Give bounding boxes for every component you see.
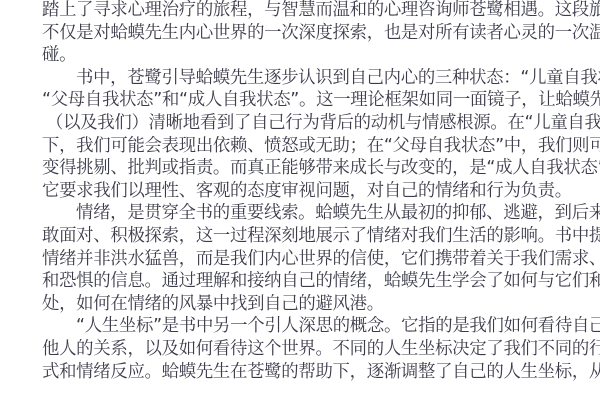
text-line: 他人的关系，以及如何看待这个世界。不同的人生坐标决定了我们不同的行为模	[42, 338, 564, 361]
text-line: 变得挑剔、批判或指责。而真正能够带来成长与改变的，是“成人自我状态”，	[42, 157, 564, 180]
text-line: （以及我们）清晰地看到了自己行为背后的动机与情感根源。在“儿童自我状态”	[42, 112, 564, 135]
paragraph-1: 踏上了寻求心理治疗的旅程，与智慧而温和的心理咨询师苍鹭相遇。这段旅程， 不仅是对…	[42, 0, 564, 67]
text-line: 处，如何在情绪的风暴中找到自己的避风港。	[42, 293, 564, 316]
text-line: 情绪并非洪水猛兽，而是我们内心世界的信使，它们携带着关于我们需求、愿望	[42, 248, 564, 271]
text-line: “人生坐标”是书中另一个引人深思的概念。它指的是我们如何看待自己与	[42, 315, 564, 338]
text-line: 下，我们可能会表现出依赖、愤怒或无助；在“父母自我状态”中，我们则可能	[42, 135, 564, 158]
paragraph-2: 书中，苍鹭引导蛤蟆先生逐步认识到自己内心的三种状态：“儿童自我状态”、 “父母自…	[42, 67, 564, 203]
document-page: 踏上了寻求心理治疗的旅程，与智慧而温和的心理咨询师苍鹭相遇。这段旅程， 不仅是对…	[42, 0, 564, 383]
text-line: “父母自我状态”和“成人自我状态”。这一理论框架如同一面镜子，让蛤蟆先生	[42, 89, 564, 112]
text-line: 式和情绪反应。蛤蟆先生在苍鹭的帮助下，逐渐调整了自己的人生坐标，从消极、	[42, 361, 564, 384]
text-line: 情绪，是贯穿全书的重要线索。蛤蟆先生从最初的抑郁、逃避，到后来的勇	[42, 202, 564, 225]
paragraph-3: 情绪，是贯穿全书的重要线索。蛤蟆先生从最初的抑郁、逃避，到后来的勇 敢面对、积极…	[42, 202, 564, 315]
paragraph-4: “人生坐标”是书中另一个引人深思的概念。它指的是我们如何看待自己与 他人的关系，…	[42, 315, 564, 383]
text-line: 它要求我们以理性、客观的态度审视问题，对自己的情绪和行为负责。	[42, 180, 564, 203]
text-line: 和恐惧的信息。通过理解和接纳自己的情绪，蛤蟆先生学会了如何与它们和平共	[42, 270, 564, 293]
text-line: 碰。	[42, 44, 564, 67]
text-line: 书中，苍鹭引导蛤蟆先生逐步认识到自己内心的三种状态：“儿童自我状态”、	[42, 67, 564, 90]
text-line: 敢面对、积极探索，这一过程深刻地展示了情绪对我们生活的影响。书中提到，	[42, 225, 564, 248]
text-line: 踏上了寻求心理治疗的旅程，与智慧而温和的心理咨询师苍鹭相遇。这段旅程，	[42, 0, 564, 22]
text-line: 不仅是对蛤蟆先生内心世界的一次深度探索，也是对所有读者心灵的一次温柔触	[42, 22, 564, 45]
